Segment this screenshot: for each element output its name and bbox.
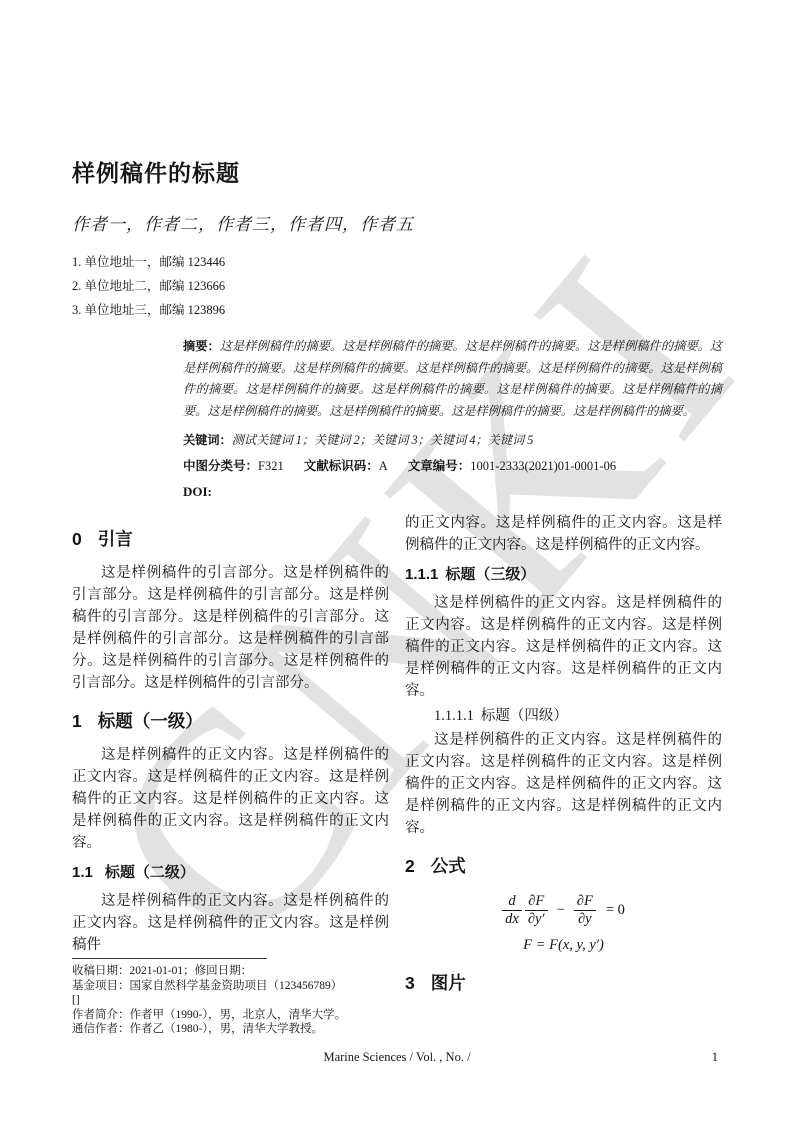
body-columns: 0引言这是样例稿件的引言部分。这是样例稿件的引言部分。这是样例稿件的引言部分。这… — [72, 512, 722, 1006]
page-content: 样例稿件的标题 作者一，作者二，作者三，作者四，作者五 1. 单位地址一，邮编 … — [0, 0, 794, 1006]
heading-title: 图片 — [431, 973, 466, 993]
doc-code-value: A — [379, 459, 388, 473]
left-column: 0引言这是样例稿件的引言部分。这是样例稿件的引言部分。这是样例稿件的引言部分。这… — [72, 512, 389, 1006]
fraction-d-dx-numerator: d — [502, 893, 522, 911]
equals-zero: = 0 — [606, 899, 625, 921]
body-paragraph: 这是样例稿件的引言部分。这是样例稿件的引言部分。这是样例稿件的引言部分。这是样例… — [72, 562, 389, 694]
fraction-dF-dy-prime-denominator: ∂y′ — [525, 911, 548, 928]
heading-number: 2 — [405, 856, 415, 876]
article-no-label: 文章编号： — [408, 459, 471, 473]
keywords-label: 关键词： — [183, 433, 232, 447]
section-heading-1.1: 1.1标题（二级） — [72, 861, 389, 885]
fraction-d-dx: ddx — [502, 893, 522, 927]
footnote-label: 收稿日期： — [72, 965, 130, 977]
section-heading-1: 1标题（一级） — [72, 708, 389, 734]
abstract-label: 摘要： — [183, 339, 220, 353]
fraction-dF-dy-prime: ∂F∂y′ — [525, 893, 548, 927]
body-paragraph: 这是样例稿件的正文内容。这是样例稿件的正文内容。这是样例稿件的正文内容。这是样例… — [405, 592, 722, 702]
keywords-line: 关键词：测试关键词 1；关键词 2；关键词 3；关键词 4；关键词 5 — [183, 430, 722, 451]
footnote-lines: 收稿日期：2021-01-01；修回日期：基金项目：国家自然科学基金资助项目（1… — [72, 964, 412, 1037]
heading-number: 1.1.1 — [405, 566, 438, 583]
heading-title: 标题（四级） — [481, 708, 568, 724]
affiliation-line: 3. 单位地址三，邮编 123896 — [72, 298, 722, 322]
fraction-d-dx-denominator: dx — [502, 911, 522, 928]
doc-code-label: 文献标识码： — [304, 459, 379, 473]
fraction-dF-dy-numerator: ∂F — [574, 893, 596, 911]
footnote-label: 作者简介： — [72, 1009, 130, 1021]
body-paragraph: 的正文内容。这是样例稿件的正文内容。这是样例稿件的正文内容。这是样例稿件的正文内… — [405, 512, 722, 556]
body-paragraph: 这是样例稿件的正文内容。这是样例稿件的正文内容。这是样例稿件的正文内容。这是样例… — [72, 744, 389, 854]
heading-number: 1.1 — [72, 864, 93, 881]
doi-line: DOI: — [183, 481, 722, 502]
footnote-label: 基金项目： — [72, 980, 130, 992]
heading-title: 标题（三级） — [445, 566, 535, 583]
affiliations-list: 1. 单位地址一，邮编 1234462. 单位地址二，邮编 1236663. 单… — [72, 250, 722, 322]
footnotes-block: 收稿日期：2021-01-01；修回日期：基金项目：国家自然科学基金资助项目（1… — [72, 958, 412, 1037]
page-footer: Marine Sciences / Vol. , No. / 1 — [0, 1050, 794, 1065]
fraction-dF-dy-prime-numerator: ∂F — [525, 893, 548, 911]
footnote-line: 通信作者：作者乙（1980-），男，清华大学教授。 — [72, 1022, 412, 1037]
fraction-dF-dy: ∂F∂y — [574, 893, 596, 927]
footnote-line: 基金项目：国家自然科学基金资助项目（123456789） — [72, 979, 412, 994]
footnote-line: 收稿日期：2021-01-01；修回日期： — [72, 964, 412, 979]
paper-title: 样例稿件的标题 — [72, 158, 722, 188]
section-heading-1.1.1: 1.1.1标题（三级） — [405, 563, 722, 587]
section-heading-1.1.1.1: 1.1.1.1标题（四级） — [405, 704, 722, 729]
formula-line-1: ddx∂F∂y′−∂F∂y= 0 — [405, 893, 722, 927]
footnote-line: 作者简介：作者甲（1990-），男，北京人，清华大学。 — [72, 1008, 412, 1023]
body-paragraph: 这是样例稿件的正文内容。这是样例稿件的正文内容。这是样例稿件的正文内容。这是样例… — [72, 890, 389, 956]
right-column: 的正文内容。这是样例稿件的正文内容。这是样例稿件的正文内容。这是样例稿件的正文内… — [405, 512, 722, 1006]
clc-value: F321 — [258, 459, 284, 473]
article-no-value: 1001-2333(2021)01-0001-06 — [470, 459, 616, 473]
page-number: 1 — [712, 1050, 718, 1065]
abstract-text: 这是样例稿件的摘要。这是样例稿件的摘要。这是样例稿件的摘要。这是样例稿件的摘要。… — [183, 339, 722, 418]
footnote-line: [] — [72, 993, 412, 1008]
formula-block: ddx∂F∂y′−∂F∂y= 0F = F(x, y, y′) — [405, 893, 722, 956]
minus-operator: − — [557, 899, 565, 921]
section-heading-0: 0引言 — [72, 526, 389, 552]
heading-number: 1.1.1.1 — [434, 708, 474, 724]
abstract-block: 摘要：这是样例稿件的摘要。这是样例稿件的摘要。这是样例稿件的摘要。这是样例稿件的… — [183, 336, 722, 422]
journal-line: Marine Sciences / Vol. , No. / — [0, 1050, 794, 1065]
clc-label: 中图分类号： — [183, 459, 258, 473]
formula-line-2: F = F(x, y, y′) — [405, 934, 722, 956]
heading-number: 1 — [72, 711, 82, 731]
footnote-divider — [72, 958, 267, 959]
affiliation-line: 1. 单位地址一，邮编 123446 — [72, 250, 722, 274]
body-paragraph: 这是样例稿件的正文内容。这是样例稿件的正文内容。这是样例稿件的正文内容。这是样例… — [405, 729, 722, 839]
heading-title: 公式 — [431, 856, 466, 876]
classification-line: 中图分类号：F321文献标识码：A文章编号：1001-2333(2021)01-… — [183, 456, 722, 477]
fraction-dF-dy-denominator: ∂y — [574, 911, 596, 928]
section-heading-3: 3图片 — [405, 970, 722, 996]
heading-title: 引言 — [98, 529, 133, 549]
authors-line: 作者一，作者二，作者三，作者四，作者五 — [72, 213, 722, 237]
heading-title: 标题（二级） — [105, 864, 195, 881]
heading-title: 标题（一级） — [98, 711, 203, 731]
heading-number: 0 — [72, 529, 82, 549]
section-heading-2: 2公式 — [405, 853, 722, 879]
footnote-label: 通信作者： — [72, 1023, 130, 1035]
document-page: CNKI 样例稿件的标题 作者一，作者二，作者三，作者四，作者五 1. 单位地址… — [0, 0, 794, 1123]
keywords-text: 测试关键词 1；关键词 2；关键词 3；关键词 4；关键词 5 — [232, 433, 534, 447]
affiliation-line: 2. 单位地址二，邮编 123666 — [72, 274, 722, 298]
